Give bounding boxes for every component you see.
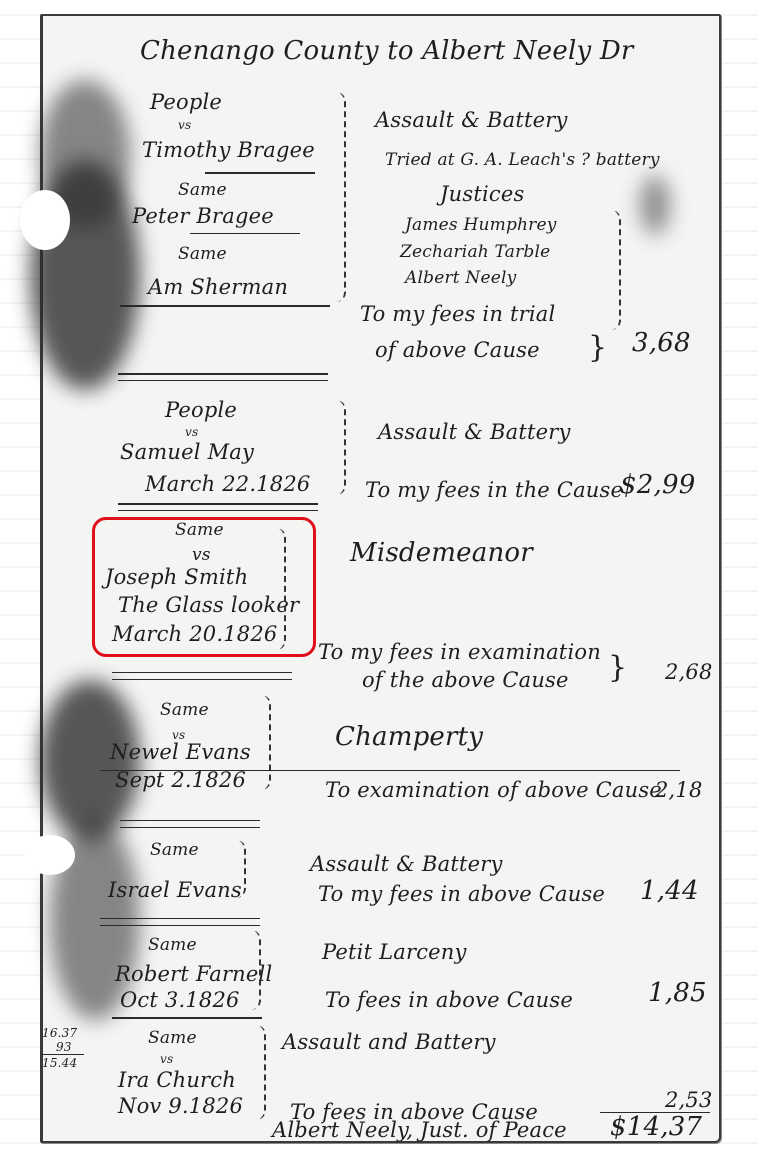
bracket-brace [230,840,246,898]
note-text: Tried at G. A. Leach's ? battery [385,150,660,170]
party-plaintiff: Same [148,935,197,955]
margin-calc-line: 93 [56,1040,72,1054]
justice-name: Zechariah Tarble [400,242,550,262]
party-plaintiff: People [150,90,222,114]
party-defendant: Israel Evans [108,878,242,902]
party-versus: vs [185,425,198,439]
divider-line [100,770,680,771]
document-heading: Chenango County to Albert Neely Dr [140,36,634,66]
party-versus: vs [192,545,211,565]
torn-edge-notch [25,835,75,875]
charge-text: Assault & Battery [375,108,568,132]
divider-line [120,305,330,307]
note-text: Justices [440,182,524,206]
justice-name: James Humphrey [405,215,557,235]
fee-amount: 2,68 [665,660,713,684]
double-divider-line [120,820,260,821]
bracket-brace: } [588,330,607,365]
party-defendant: Samuel May [120,440,254,464]
party-plaintiff: Same [178,180,227,200]
party-defendant: Ira Church [118,1068,236,1092]
torn-edge-notch [20,190,70,250]
bracket-brace [330,400,346,495]
fee-amount: 3,68 [632,328,691,358]
margin-calc-line: 16.37 [42,1026,77,1040]
signature: Albert Neely, Just. of Peace [272,1118,567,1142]
entry-date: Sept 2.1826 [115,768,246,792]
fee-amount: 1,44 [640,876,699,906]
double-divider-line [112,672,292,673]
fee-description: of above Cause [375,338,540,362]
damage-smudge [640,175,670,235]
fee-amount: 2,18 [655,778,703,802]
charge-text: Misdemeanor [350,538,533,568]
party-defendant: Peter Bragee [132,204,274,228]
fee-amount: $2,99 [620,470,695,500]
charge-text: Assault & Battery [310,852,503,876]
double-divider-line [120,827,260,828]
party-defendant: Newel Evans [110,740,251,764]
double-divider-line [118,373,328,375]
bracket-brace [245,930,261,1010]
party-plaintiff: Same [175,520,224,540]
charge-text: Champerty [335,722,483,752]
party-defendant: Timothy Bragee [142,138,315,162]
justice-name: Albert Neely [405,268,516,288]
party-defendant-joseph-smith: Joseph Smith [105,565,248,589]
bracket-brace [605,210,621,330]
fee-description: of the above Cause [362,668,569,692]
party-plaintiff: Same [150,840,199,860]
margin-calc-rule [40,1054,84,1055]
bracket-brace [330,92,346,302]
double-divider-line [112,1017,262,1019]
double-divider-line [100,925,260,926]
fee-description: To my fees in trial [360,302,555,326]
charge-text: Assault and Battery [282,1030,496,1054]
entry-date: March 20.1826 [112,622,277,646]
double-divider-line [118,503,318,505]
margin-calc-result: 15.44 [42,1056,77,1070]
entry-date: Oct 3.1826 [120,988,240,1012]
divider-line [205,172,315,174]
double-divider-line [112,679,292,680]
party-plaintiff: Same [160,700,209,720]
divider-line [190,233,300,234]
entry-date: March 22.1826 [145,472,310,496]
party-versus: vs [178,118,191,132]
party-defendant: Am Sherman [148,275,288,299]
double-divider-line [100,918,260,919]
party-plaintiff: Same [178,244,227,264]
fee-description: To my fees in above Cause [318,882,605,906]
fee-description: To my fees in the Cause [365,478,623,502]
fee-description: To fees in above Cause [325,988,573,1012]
bracket-brace [255,695,271,790]
charge-text: Assault & Battery [378,420,571,444]
double-divider-line [118,380,328,381]
bracket-brace [250,1025,266,1120]
total-amount: $14,37 [610,1112,702,1142]
fee-description: To my fees in examination [318,640,601,664]
charge-text: Petit Larceny [322,940,467,964]
double-divider-line [118,510,318,511]
entry-date: Nov 9.1826 [118,1094,243,1118]
fee-amount: 2,53 [665,1088,713,1112]
fee-amount: 1,85 [648,978,707,1008]
party-plaintiff: Same [148,1028,197,1048]
party-versus: vs [160,1052,173,1066]
bracket-brace [270,528,286,650]
fee-description: To examination of above Cause [325,778,662,802]
party-plaintiff: People [165,398,237,422]
bracket-brace: } [608,650,627,685]
